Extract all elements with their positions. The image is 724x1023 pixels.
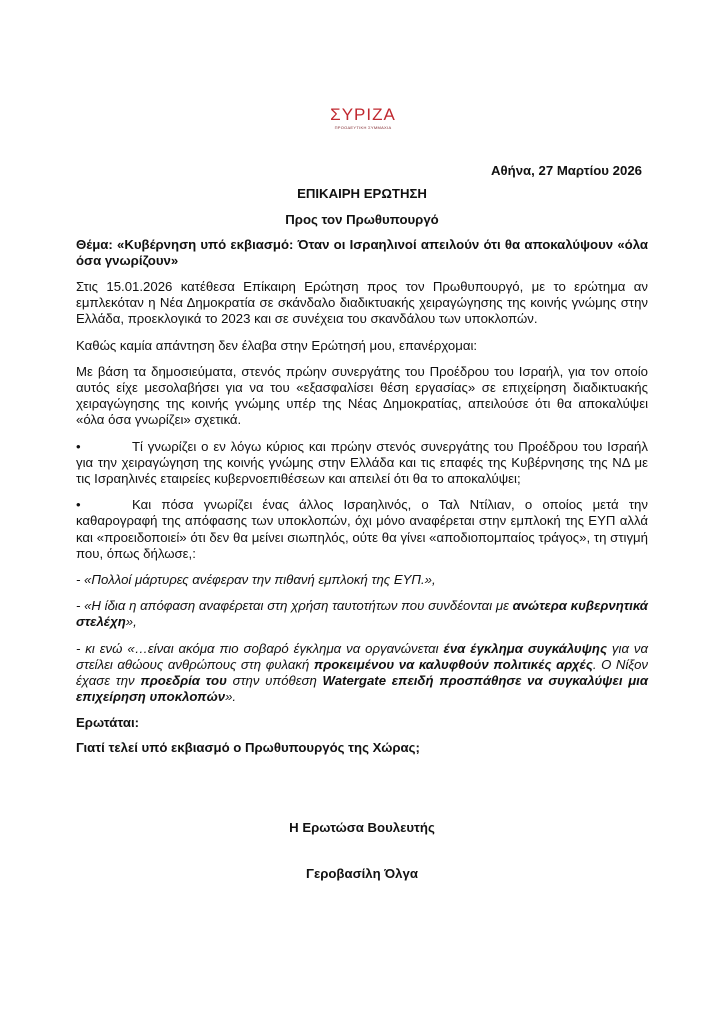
signature-name: Γεροβασίλη Όλγα <box>0 866 724 881</box>
document-title: ΕΠΙΚΑΙΡΗ ΕΡΩΤΗΣΗ <box>76 186 648 202</box>
quote-emphasis: προκειμένου να καλυφθούν πολιτικές αρχές <box>314 657 593 672</box>
quote-identities: - «Η ίδια η απόφαση αναφέρεται στη χρήση… <box>76 598 648 630</box>
quote-emphasis: ένα έγκλημα συγκάλυψης <box>444 641 607 656</box>
quote-text: - «Η ίδια η απόφαση αναφέρεται στη χρήση… <box>76 598 513 613</box>
bullet-text: Τί γνωρίζει ο εν λόγω κύριος και πρώην σ… <box>76 439 648 486</box>
quote-witnesses: - «Πολλοί μάρτυρες ανέφεραν την πιθανή ε… <box>76 572 648 588</box>
bullet-item: •Και πόσα γνωρίζει ένας άλλος Ισραηλινός… <box>76 497 648 562</box>
bullet-item: •Τί γνωρίζει ο εν λόγω κύριος και πρώην … <box>76 439 648 488</box>
logo-sigma-icon: Σ <box>330 105 342 124</box>
logo-wordmark: ΣΥΡΙΖΑ <box>322 106 404 124</box>
paragraph-intro: Στις 15.01.2026 κατέθεσα Επίκαιρη Ερώτησ… <box>76 279 648 328</box>
logo-subtitle: ΠΡΟΟΔΕΥΤΙΚΗ ΣΥΜΜΑΧΙΑ <box>322 125 404 130</box>
party-logo: ΣΥΡΙΖΑ ΠΡΟΟΔΕΥΤΙΚΗ ΣΥΜΜΑΧΙΑ <box>322 106 404 134</box>
paragraph-reports: Με βάση τα δημοσιεύματα, στενός πρώην συ… <box>76 364 648 429</box>
quote-text: - «Πολλοί μάρτυρες ανέφεραν την πιθανή ε… <box>76 572 436 587</box>
document-date: Αθήνα, 27 Μαρτίου 2026 <box>76 163 648 179</box>
quote-emphasis: προεδρία του <box>140 673 227 688</box>
document-body: Αθήνα, 27 Μαρτίου 2026 ΕΠΙΚΑΙΡΗ ΕΡΩΤΗΣΗ … <box>76 163 648 756</box>
signature-role: Η Ερωτώσα Βουλευτής <box>0 820 724 835</box>
document-subject: Θέμα: «Κυβέρνηση υπό εκβιασμό: Όταν οι Ι… <box>76 237 648 269</box>
document-page: ΣΥΡΙΖΑ ΠΡΟΟΔΕΥΤΙΚΗ ΣΥΜΜΑΧΙΑ Αθήνα, 27 Μα… <box>0 0 724 1023</box>
quote-text: ». <box>225 689 236 704</box>
quote-text: - κι ενώ «…είναι ακόμα πιο σοβαρό έγκλημ… <box>76 641 444 656</box>
bullet-text: Και πόσα γνωρίζει ένας άλλος Ισραηλινός,… <box>76 497 648 561</box>
bullet-icon: • <box>76 439 132 455</box>
asked-label: Ερωτάται: <box>76 715 648 731</box>
paragraph-no-answer: Καθώς καμία απάντηση δεν έλαβα στην Ερώτ… <box>76 338 648 354</box>
quote-coverup: - κι ενώ «…είναι ακόμα πιο σοβαρό έγκλημ… <box>76 641 648 706</box>
bullet-icon: • <box>76 497 132 513</box>
document-recipient: Προς τον Πρωθυπουργό <box>76 212 648 228</box>
question-text: Γιατί τελεί υπό εκβιασμό ο Πρωθυπουργός … <box>76 740 648 756</box>
quote-text: », <box>126 614 137 629</box>
logo-text: ΥΡΙΖΑ <box>342 105 396 124</box>
quote-text: στην υπόθεση <box>227 673 323 688</box>
